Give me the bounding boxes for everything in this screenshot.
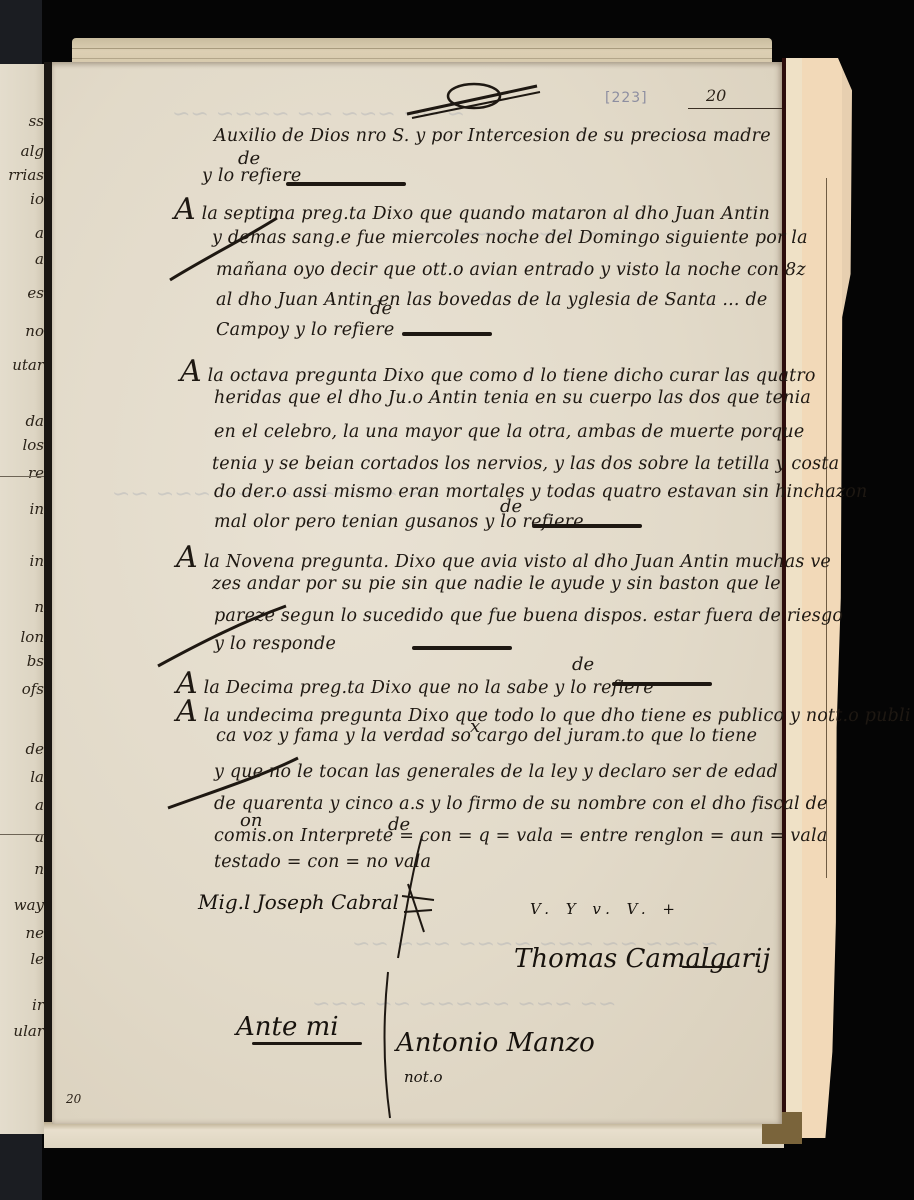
ruled-line (0, 476, 44, 477)
fragment-text: rrias (2, 166, 44, 184)
rubric-marks: V. Y v. V. + (530, 900, 681, 918)
fragment-text: le (2, 950, 44, 968)
notary-label: not.o (404, 1068, 443, 1086)
bottom-folio-number: 20 (66, 1092, 81, 1106)
fragment-text: lon (2, 628, 44, 646)
paragraph-novena-line: pareze segun lo sucedido que fue buena d… (214, 606, 843, 626)
fragment-text: in (2, 500, 44, 518)
margin-flourish-icon (162, 752, 302, 812)
paragraph-septima-line: Campoy y lo refiere (216, 320, 394, 340)
margin-flourish-icon (162, 210, 282, 290)
fragment-text: way (2, 896, 44, 914)
fragment-text: n (2, 598, 44, 616)
signature-fiscal: Thomas Camalgarij (514, 944, 770, 974)
fragment-text: ofs (2, 680, 44, 698)
fragment-text: ne (2, 924, 44, 942)
line-filler (612, 682, 712, 686)
paragraph-undecima-line: de quarenta y cinco a.s y lo firmo de su… (214, 794, 828, 814)
margin-flourish-icon (152, 602, 292, 672)
interlinear-note: x (470, 716, 480, 737)
fragment-text: ular (2, 1022, 44, 1040)
fragment-text: io (2, 190, 44, 208)
fragment-text: los (2, 436, 44, 454)
paragraph-octava-line: A la octava pregunta Dixo que como d lo … (180, 354, 816, 389)
line-filler (286, 182, 406, 186)
paragraph-octava-line: mal olor pero tenian gusanos y lo refier… (214, 512, 584, 532)
paragraph-novena-line: A la Novena pregunta. Dixo que avia vist… (176, 540, 831, 575)
manuscript-text: Auxilio de Dios nro S. y por Intercesion… (52, 62, 782, 1124)
fragment-text: re (2, 464, 44, 482)
page-edges-right (782, 58, 852, 1138)
line-filler (532, 524, 642, 528)
fragment-text: alg (2, 142, 44, 160)
fragment-text: a (2, 828, 44, 846)
manuscript-page: ~ ~~ ~~~ ~~ ~~~~ ~~ ~~~ ~~ ~~~~ ~ ~~ ~~~… (52, 62, 782, 1124)
signature-notary: Antonio Manzo (396, 1028, 595, 1058)
paragraph-octava-line: heridas que el dho Ju.o Antin tenia en s… (214, 388, 811, 408)
header-line: Auxilio de Dios nro S. y por Intercesion… (214, 126, 771, 146)
fragment-text: in (2, 552, 44, 570)
fragment-text: ir (2, 996, 44, 1014)
paragraph-undecima-line: A la undecima pregunta Dixo que todo lo … (176, 694, 911, 729)
signature-witness: Mig.l Joseph Cabral (198, 890, 399, 914)
fragment-text: es (2, 284, 44, 302)
signature-tail (682, 966, 732, 968)
paragraph-septima-line: mañana oyo decir que ott.o avian entrado… (216, 260, 806, 280)
fragment-text: ss (2, 112, 44, 130)
line-filler (402, 332, 492, 336)
fragment-text: a (2, 224, 44, 242)
paragraph-septima-line: al dho Juan Antin en las bovedas de la y… (216, 290, 767, 310)
ruled-line (0, 834, 44, 835)
fragment-text: de (2, 740, 44, 758)
stacked-page-edges-bottom (44, 1122, 784, 1148)
signature-ante-mi: Ante mi (236, 1012, 339, 1042)
interlinear-note: de (370, 298, 392, 319)
fragment-text: a (2, 250, 44, 268)
fragment-text: bs (2, 652, 44, 670)
fragment-text: a (2, 796, 44, 814)
fragment-text: da (2, 412, 44, 430)
fragment-text: n (2, 860, 44, 878)
paragraph-octava-line: en el celebro, la una mayor que la otra,… (214, 422, 804, 442)
fragment-text: utar (2, 356, 44, 374)
rubric-cross-icon (398, 876, 438, 936)
paragraph-undecima-line: ca voz y fama y la verdad so cargo del j… (216, 726, 757, 746)
line-filler (412, 646, 512, 650)
book-gutter (44, 62, 52, 1137)
notary-vertical-stroke-icon (378, 970, 398, 1120)
fragment-text: la (2, 768, 44, 786)
paragraph-undecima-line: comis.on Interprete = con = q = vala = e… (214, 826, 827, 846)
paragraph-octava-line: tenia y se beian cortados los nervios, y… (212, 454, 839, 474)
paragraph-septima-line: y demas sang.e fue miercoles noche del D… (212, 228, 808, 248)
fragment-text: no (2, 322, 44, 340)
paragraph-octava-line: do der.o assi mismo eran mortales y toda… (214, 482, 867, 502)
left-facing-page: ss alg rrias io a a es no utar da los re… (0, 64, 46, 1134)
signature-underline (252, 1042, 362, 1045)
paragraph-novena-line: zes andar por su pie sin que nadie le ay… (212, 574, 781, 594)
